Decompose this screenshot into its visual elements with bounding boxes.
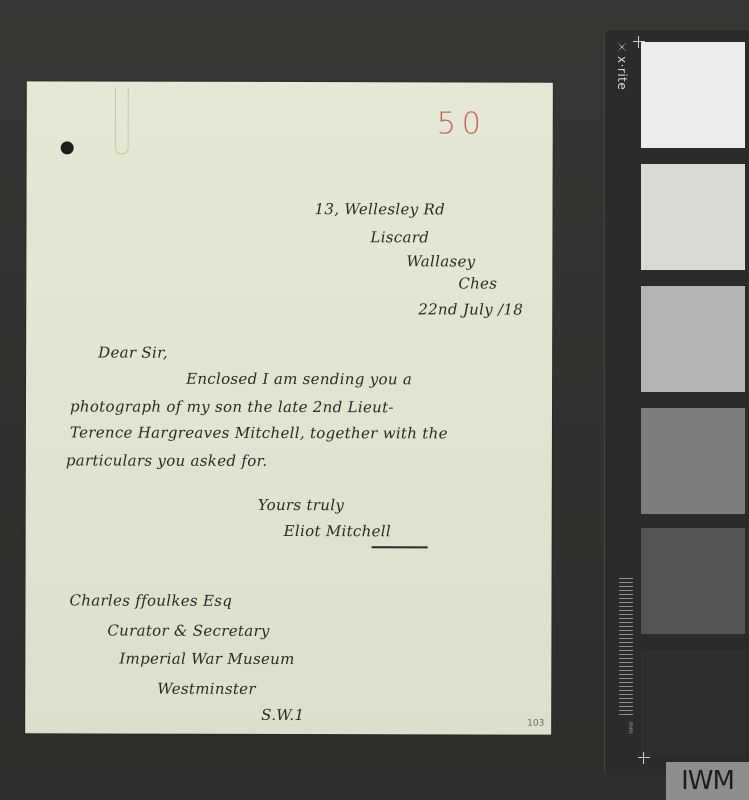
punch-hole bbox=[61, 141, 74, 154]
sender-address-line: 13, Wellesley Rd bbox=[314, 200, 445, 218]
page-number: 103 bbox=[527, 719, 544, 729]
color-checker-card: x·rite mm bbox=[604, 30, 749, 775]
xrite-logo-icon bbox=[617, 42, 627, 52]
letter-date: 22nd July /18 bbox=[418, 300, 523, 318]
salutation: Dear Sir, bbox=[98, 344, 168, 362]
recipient-address-line: S.W.1 bbox=[261, 706, 304, 724]
body-line: particulars you asked for. bbox=[66, 451, 268, 470]
sender-address-line: Wallasey bbox=[406, 252, 475, 270]
letter-page: 50 13, Wellesley Rd Liscard Wallasey Che… bbox=[25, 81, 553, 734]
body-line: Terence Hargreaves Mitchell, together wi… bbox=[70, 423, 448, 442]
signature: Eliot Mitchell bbox=[284, 522, 391, 540]
signature-underline bbox=[372, 546, 428, 548]
folio-number: 50 bbox=[437, 106, 487, 141]
color-patch-light-gray bbox=[641, 164, 745, 270]
mm-ruler bbox=[619, 578, 633, 718]
color-patch-black bbox=[641, 650, 745, 756]
body-line: Enclosed I am sending you a bbox=[186, 370, 412, 389]
recipient-address-line: Charles ffoulkes Esq bbox=[69, 591, 232, 609]
closing: Yours truly bbox=[258, 496, 344, 514]
color-patch-white bbox=[641, 42, 745, 148]
color-patch-mid-light-gray bbox=[641, 286, 745, 392]
body-line: photograph of my son the late 2nd Lieut- bbox=[70, 397, 394, 416]
crosshair-icon bbox=[638, 752, 650, 764]
recipient-address-line: Westminster bbox=[157, 680, 256, 698]
recipient-address-line: Imperial War Museum bbox=[119, 650, 294, 668]
brand-label: x·rite bbox=[615, 56, 629, 90]
recipient-address-line: Curator & Secretary bbox=[107, 622, 269, 640]
ruler-unit-label: mm bbox=[627, 722, 634, 734]
iwm-watermark: IWM bbox=[666, 762, 749, 800]
sender-address-line: Ches bbox=[458, 274, 497, 292]
color-patch-mid-gray bbox=[641, 408, 745, 514]
xrite-brand: x·rite bbox=[615, 42, 629, 90]
color-patch-dark-gray bbox=[641, 528, 745, 634]
paper-clip-mark bbox=[115, 88, 129, 155]
sender-address-line: Liscard bbox=[370, 228, 429, 246]
